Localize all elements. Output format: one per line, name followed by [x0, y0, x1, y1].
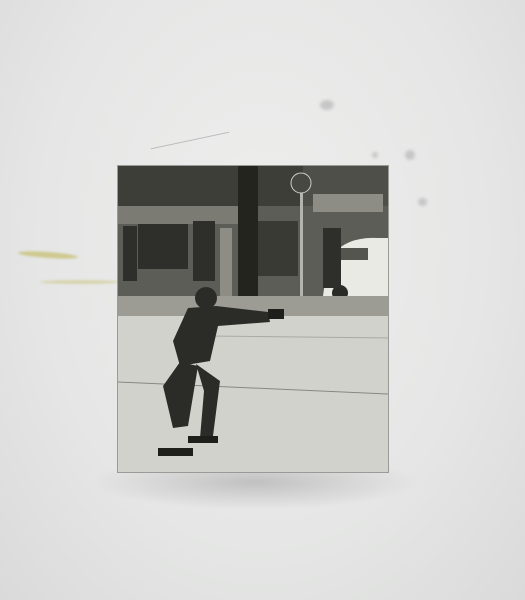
- street-photograph: [118, 166, 388, 472]
- dust-spot: [320, 100, 334, 110]
- yellow-stain: [40, 280, 120, 284]
- photo-scene: [118, 166, 388, 472]
- dust-spot: [418, 198, 427, 206]
- charcoal-smudge: [90, 470, 420, 510]
- yellow-stain: [18, 250, 78, 260]
- dust-spot: [372, 152, 378, 158]
- dust-spot: [405, 150, 415, 160]
- paper-sheet: [0, 0, 525, 600]
- paper-crease: [151, 132, 229, 150]
